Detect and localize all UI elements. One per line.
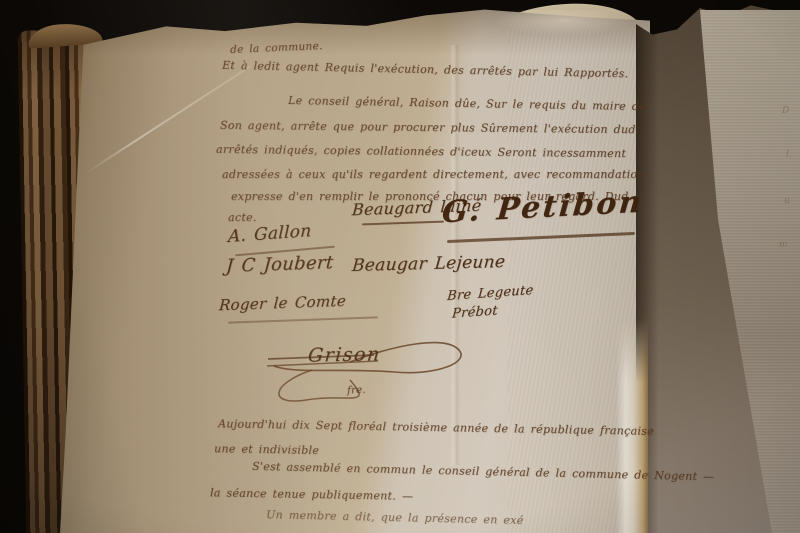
archival-photo: D l. u m de la commune. Et à ledit agent… — [0, 0, 800, 533]
manuscript-line: acte. — [228, 211, 257, 224]
ink-bleed-mark: l. — [786, 150, 792, 160]
manuscript-line: une et indivisible — [214, 442, 319, 457]
signature-grison-flourish — [252, 328, 484, 412]
manuscript-line: adressées à ceux qu'ils regardent direct… — [222, 168, 645, 181]
ink-bleed-mark: m — [779, 240, 788, 250]
ink-bleed-mark: D — [782, 106, 789, 116]
signature-beaugar-lejeune: Beaugar Lejeune — [351, 252, 506, 276]
signature-grison-suffix: fre. — [347, 385, 366, 397]
page-curl-highlight — [495, 10, 635, 36]
ink-bleed-mark: u — [784, 196, 790, 206]
signature-joubert: J C Joubert — [225, 252, 334, 277]
signature-grison: Grison — [307, 343, 382, 366]
